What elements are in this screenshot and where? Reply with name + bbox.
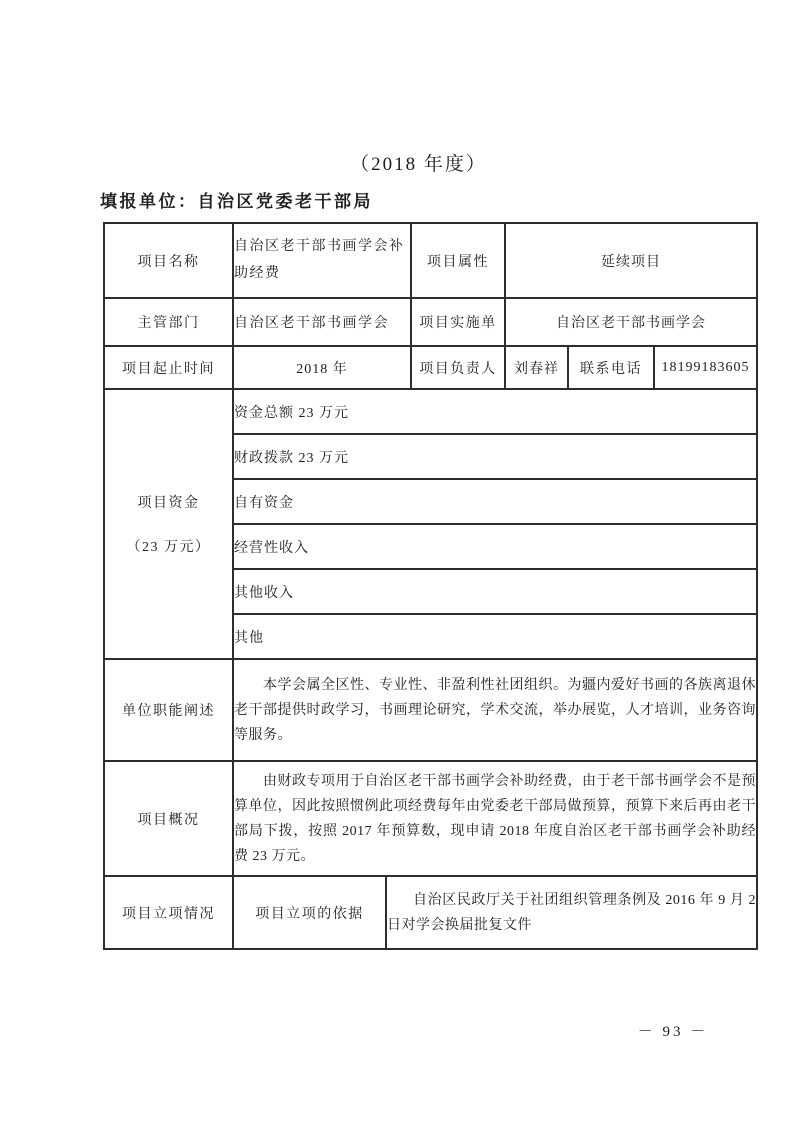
- fund-other-income-value: 其他收入: [233, 569, 757, 614]
- leader-label: 项目负责人: [411, 346, 505, 389]
- project-name-label: 项目名称: [104, 223, 233, 298]
- department-value: 自治区老干部书画学会: [233, 298, 411, 346]
- table-row: 主管部门 自治区老干部书画学会 项目实施单 自治区老干部书画学会: [104, 298, 757, 346]
- implement-unit-value: 自治区老干部书画学会: [505, 298, 757, 346]
- implement-unit-label: 项目实施单: [411, 298, 505, 346]
- table-row: 项目立项情况 项目立项的依据 自治区民政厅关于社团组织管理条例及 2016 年 …: [104, 876, 757, 949]
- project-declaration-table: 项目名称 自治区老干部书画学会补助经费 项目属性 延续项目 主管部门 自治区老干…: [103, 222, 758, 950]
- approval-basis-label: 项目立项的依据: [233, 876, 386, 949]
- table-row: 项目资金 （23 万元） 资金总额 23 万元: [104, 389, 757, 434]
- duration-value: 2018 年: [233, 346, 411, 389]
- year-title: （2018 年度）: [0, 149, 793, 176]
- phone-value: 18199183605: [654, 346, 757, 389]
- project-funds-label-line1: 项目资金: [105, 492, 232, 512]
- page-number: － 93 －: [628, 1020, 718, 1041]
- fund-operating-income-value: 经营性收入: [233, 524, 757, 569]
- reporting-unit-line: 填报单位：自治区党委老干部局: [100, 187, 373, 212]
- project-attribute-value: 延续项目: [505, 223, 757, 298]
- fund-fiscal-value: 财政拨款 23 万元: [233, 434, 757, 479]
- unit-functions-label: 单位职能阐述: [104, 659, 233, 761]
- project-name-value: 自治区老干部书画学会补助经费: [233, 223, 411, 298]
- fund-own-value: 自有资金: [233, 479, 757, 524]
- fund-total-value: 资金总额 23 万元: [233, 389, 757, 434]
- project-overview-value: 由财政专项用于自治区老干部书画学会补助经费，由于老干部书画学会不是预算单位，因此…: [233, 761, 757, 876]
- fund-other-value: 其他: [233, 614, 757, 659]
- project-funds-label-line2: （23 万元）: [105, 536, 232, 556]
- table-row: 项目概况 由财政专项用于自治区老干部书画学会补助经费，由于老干部书画学会不是预算…: [104, 761, 757, 876]
- project-funds-label: 项目资金 （23 万元）: [104, 389, 233, 659]
- document-page: （2018 年度） 填报单位：自治区党委老干部局 项目名称 自治区老干部书画学会…: [0, 0, 793, 1122]
- department-label: 主管部门: [104, 298, 233, 346]
- phone-label: 联系电话: [568, 346, 654, 389]
- approval-basis-value: 自治区民政厅关于社团组织管理条例及 2016 年 9 月 2 日对学会换届批复文…: [386, 876, 757, 949]
- project-approval-label: 项目立项情况: [104, 876, 233, 949]
- duration-label: 项目起止时间: [104, 346, 233, 389]
- project-attribute-label: 项目属性: [411, 223, 505, 298]
- table-row: 项目起止时间 2018 年 项目负责人 刘春祥 联系电话 18199183605: [104, 346, 757, 389]
- project-overview-label: 项目概况: [104, 761, 233, 876]
- leader-value: 刘春祥: [505, 346, 568, 389]
- unit-functions-value: 本学会属全区性、专业性、非盈利性社团组织。为疆内爱好书画的各族离退休老干部提供时…: [233, 659, 757, 761]
- table-row: 单位职能阐述 本学会属全区性、专业性、非盈利性社团组织。为疆内爱好书画的各族离退…: [104, 659, 757, 761]
- table-row: 项目名称 自治区老干部书画学会补助经费 项目属性 延续项目: [104, 223, 757, 298]
